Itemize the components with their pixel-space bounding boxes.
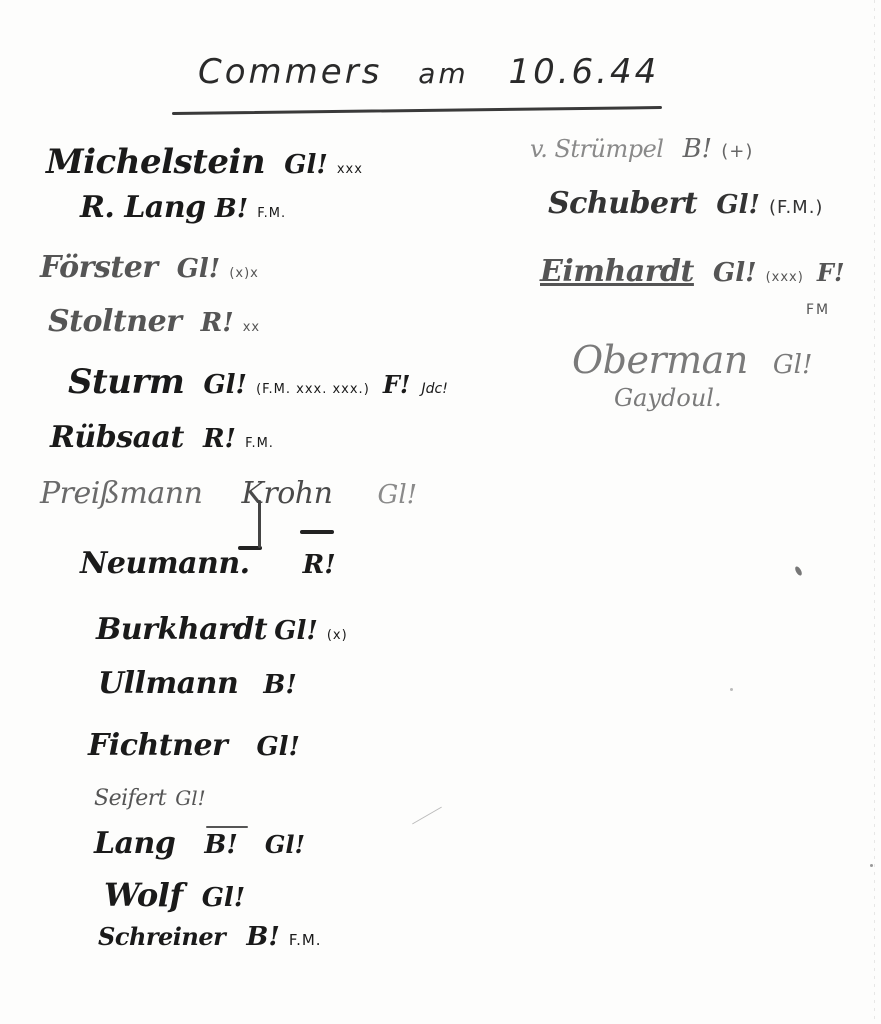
circle-mark: Gl! <box>716 190 760 220</box>
signature-name: Fichtner <box>88 728 227 763</box>
signature-name: Sturm <box>68 362 184 402</box>
signature-note: (x) <box>327 628 348 643</box>
signature-name: Seifert <box>94 786 166 811</box>
signature-entry: Rübsaat R! F.M. <box>50 420 274 455</box>
signature-name: Burkhardt <box>96 612 267 647</box>
signature-name: Schreiner <box>98 922 225 951</box>
signature-entry: Burkhardt Gl! (x) <box>96 612 348 647</box>
signature-note: (F.M.) <box>769 197 823 218</box>
signature-entry: Eimhardt Gl! (xxx) F! <box>540 254 845 289</box>
circle-mark: Gl! <box>274 616 318 646</box>
signature-entry: Förster Gl! (x)x <box>40 250 259 285</box>
signature-name: Preißmann <box>40 476 202 511</box>
circle-mark: B! <box>204 830 237 860</box>
pen-stroke <box>258 500 261 548</box>
signature-entry: Ullmann B! <box>98 666 297 701</box>
circle-mark: R! <box>303 550 336 580</box>
page-edge <box>874 0 875 1024</box>
signature-entry: Michelstein Gl! xxx <box>46 142 363 182</box>
signature-entry: Fichtner Gl! <box>88 728 300 763</box>
signature-entry: Seifert Gl! <box>94 786 206 811</box>
signature-note: F.M. <box>245 436 274 451</box>
stray-mark <box>870 864 873 867</box>
signature-entry: Oberman Gl! <box>572 338 812 382</box>
signature-entry: Schreiner B! F.M. <box>98 922 322 952</box>
signature-entry: Lang B! Gl! <box>94 826 305 861</box>
signature-name: Neumann. <box>80 546 250 581</box>
signature-name: Lang <box>94 826 175 861</box>
signature-note: xx <box>243 320 260 335</box>
title-text: Commers <box>198 52 382 92</box>
signature-name: Wolf <box>104 876 183 914</box>
signature-note-secondary: FM <box>806 302 830 318</box>
stray-pencil-mark <box>412 807 442 825</box>
signature-name: v. Strümpel <box>530 135 663 163</box>
circle-mark: B! <box>215 194 248 224</box>
circle-mark: Gl! <box>177 254 221 284</box>
stray-mark <box>794 565 803 576</box>
circle-mark-secondary: F! <box>817 258 845 287</box>
circle-mark: B! <box>683 134 713 164</box>
signature-entry: R. Lang B! F.M. <box>80 190 286 225</box>
signature-name: Michelstein <box>46 142 265 182</box>
signature-name: Ullmann <box>98 666 238 701</box>
title-underline <box>172 106 662 115</box>
pen-stroke <box>300 530 334 534</box>
circle-mark-secondary: F! <box>383 370 411 399</box>
signature-name: R. Lang <box>80 190 206 225</box>
signature-entry: Neumann. R! <box>80 546 336 581</box>
circle-mark: R! <box>201 308 234 338</box>
signature-subname: Gaydoul. <box>614 384 722 412</box>
pen-stroke <box>206 826 248 828</box>
circle-mark: Gl! <box>713 258 757 288</box>
circle-mark: Gl! <box>175 786 205 810</box>
signature-name: Förster <box>40 250 158 285</box>
signature-entry: Stoltner R! xx <box>48 304 260 339</box>
circle-mark: B! <box>263 670 296 700</box>
circle-mark: Gl! <box>773 350 813 380</box>
circle-mark: Gl! <box>284 150 328 180</box>
scanned-page: Commers am 10.6.44 Michelstein Gl! xxx R… <box>0 0 881 1024</box>
signature-note-secondary: Jdc! <box>422 381 448 397</box>
signature-note: (F.M. xxx. xxx.) <box>256 382 370 397</box>
signature-note: xxx <box>337 162 363 177</box>
signature-entry: Preißmann Krohn Gl! <box>40 476 417 511</box>
signature-entry: Wolf Gl! <box>104 876 245 914</box>
signature-name: Eimhardt <box>540 254 694 289</box>
circle-mark: Gl! <box>256 732 300 762</box>
circle-mark: B! <box>246 922 279 952</box>
page-title: Commers am 10.6.44 <box>198 52 659 92</box>
circle-mark: Gl! <box>203 370 247 400</box>
circle-mark-secondary: Gl! <box>265 830 305 859</box>
signature-entry: Sturm Gl! (F.M. xxx. xxx.) F! Jdc! <box>68 362 448 402</box>
signature-name: Stoltner <box>48 304 182 339</box>
signature-note: (+) <box>721 141 753 162</box>
title-date: 10.6.44 <box>508 52 659 92</box>
signature-entry: v. Strümpel B! (+) <box>530 134 753 164</box>
signature-name-extra: Krohn <box>241 476 332 511</box>
signature-note: F.M. <box>257 206 286 221</box>
signature-note: F.M. <box>289 931 322 949</box>
circle-mark: R! <box>203 424 236 454</box>
signature-entry: Schubert Gl! (F.M.) <box>548 186 823 221</box>
title-connector: am <box>418 57 468 90</box>
signature-name: Schubert <box>548 186 697 221</box>
signature-note: (xxx) <box>766 270 804 285</box>
signature-name: Rübsaat <box>50 420 184 455</box>
circle-mark: Gl! <box>202 883 246 913</box>
stray-mark <box>730 688 733 691</box>
signature-name: Oberman <box>572 338 748 382</box>
signature-note: (x)x <box>229 266 259 281</box>
circle-mark: Gl! <box>378 480 418 510</box>
